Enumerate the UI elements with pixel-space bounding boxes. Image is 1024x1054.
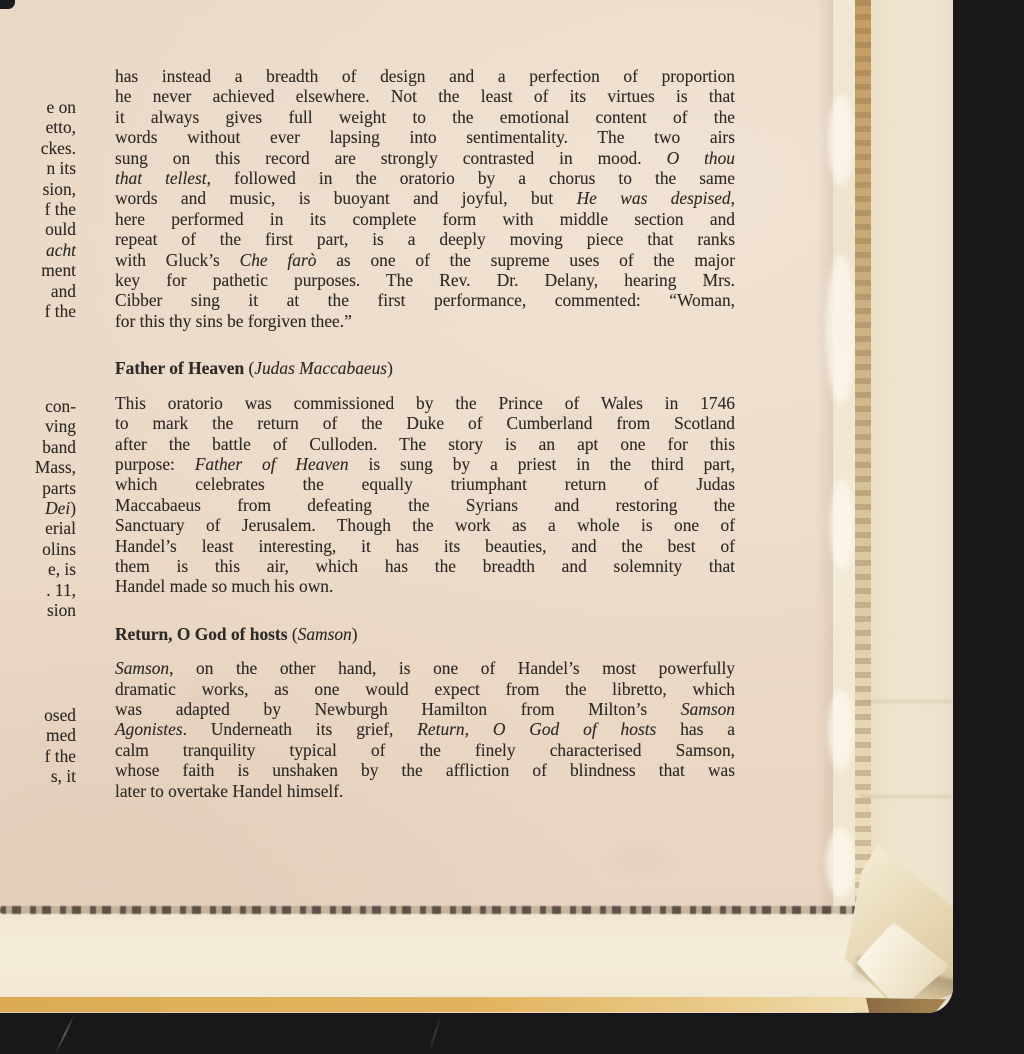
text-run: Handel made so much his own. [115,576,333,596]
text-run: calm tranquility typical of the finely c… [115,740,735,760]
scratch-mark [428,1015,442,1054]
text-run: , on the other hand, is one of Handel’s … [169,658,735,678]
text-run: as one of the supreme uses of the major [316,250,735,270]
text-run: , followed in the oratorio by a chorus t… [207,168,735,188]
bold-text: Return, O God of hosts [115,624,287,644]
text-line: words and music, is buoyant and joyful, … [115,188,735,208]
cut-text-line: s, it [0,766,76,786]
cut-text-line: f the [0,301,76,321]
cut-off-column-fragment: e onetto,ckes.n itssion,f theouldachtmen… [0,97,76,321]
text-run: repeat of the first part, is a deeply mo… [115,229,735,249]
text-run: This oratorio was commissioned by the Pr… [115,393,735,413]
text-run: has a [656,719,735,739]
text-run: dramatic works, as one would expect from… [115,679,735,699]
text-line: calm tranquility typical of the finely c… [115,740,735,760]
text-line: them is this air, which has the breadth … [115,556,735,576]
text-run: has instead a breadth of design and a pe… [115,66,735,86]
text-run: words and music, is buoyant and joyful, … [115,188,577,208]
italic-text: Che farò [240,250,317,270]
text-run: , [731,188,735,208]
text-run: Handel’s least interesting, it has its b… [115,536,735,556]
text-run: f the [45,746,76,766]
text-line: here performed in its complete form with… [115,209,735,229]
italic-text: O thou [667,148,735,168]
cut-text-line: Mass, [0,457,76,477]
crease-line [860,700,952,703]
text-run: n its [47,158,76,178]
text-run: ) [70,498,76,518]
text-run: sion, [43,179,76,199]
text-run: ment [41,260,76,280]
scuff-mark [828,690,854,770]
cut-text-line: etto, [0,117,76,137]
bottom-gold-stripe [0,997,941,1012]
text-line: that tellest, followed in the oratorio b… [115,168,735,188]
text-line: Handel’s least interesting, it has its b… [115,536,735,556]
scuff-mark [826,828,856,898]
cut-text-line: sion [0,600,76,620]
italic-text: Agonistes [115,719,183,739]
bold-text: Father of Heaven [115,358,244,378]
text-run: Mass, [35,457,76,477]
text-run: ) [387,358,393,378]
text-run: purpose: [115,454,195,474]
italic-text: Samson [298,624,352,644]
text-line: whose faith is unshaken by the afflictio… [115,760,735,780]
cut-off-column-fragment: con-vingbandMass,partsDei)erialolinse, i… [0,396,76,620]
cut-text-line: ving [0,416,76,436]
cut-text-line: parts [0,478,76,498]
paragraph: This oratorio was commissioned by the Pr… [115,393,735,597]
corner-wear-wedge [866,997,946,1013]
text-line: repeat of the first part, is a deeply mo… [115,229,735,249]
cut-text-line: band [0,437,76,457]
paragraph: has instead a breadth of design and a pe… [115,66,735,331]
text-run: e, is [48,559,76,579]
photo-of-record-sleeve-back: e onetto,ckes.n itssion,f theouldachtmen… [0,0,1024,1054]
cut-text-line: f the [0,199,76,219]
text-run: f the [45,199,76,219]
text-line: purpose: Father of Heaven is sung by a p… [115,454,735,474]
worn-fold-smudge [0,906,884,914]
cut-text-line: n its [0,158,76,178]
text-run: ( [287,624,297,644]
cut-text-line: and [0,281,76,301]
text-run: olins [42,539,76,559]
text-run: etto, [46,117,76,137]
text-run: s, it [51,766,76,786]
italic-text: Father of Heaven [195,454,349,474]
text-run: after the battle of Culloden. The story … [115,434,735,454]
text-run: ckes. [41,138,76,158]
text-run: it always gives full weight to the emoti… [115,107,735,127]
text-run: ) [352,624,358,644]
text-line: key for pathetic purposes. The Rev. Dr. … [115,270,735,290]
text-line: dramatic works, as one would expect from… [115,679,735,699]
text-run: here performed in its complete form with… [115,209,735,229]
text-run: f the [45,301,76,321]
sleeve-paper: e onetto,ckes.n itssion,f theouldachtmen… [0,0,953,1013]
italic-text: Return, O God of hosts [417,719,656,739]
text-run: was adapted by Newburgh Hamilton from Mi… [115,699,681,719]
cut-text-line: sion, [0,179,76,199]
song-section-heading: Father of Heaven (Judas Maccabaeus) [115,358,735,378]
text-run: Maccabaeus from defeating the Syrians an… [115,495,735,515]
text-line: to mark the return of the Duke of Cumber… [115,413,735,433]
text-run: Sanctuary of Jerusalem. Though the work … [115,515,735,535]
cut-text-line: med [0,725,76,745]
text-line: Samson, on the other hand, is one of Han… [115,658,735,678]
text-run: Cibber sing it at the first performance,… [115,290,735,310]
cut-text-line: osed [0,705,76,725]
cut-text-line: ment [0,260,76,280]
text-line: sung on this record are strongly contras… [115,148,735,168]
text-run: ving [45,416,76,436]
text-line: with Gluck’s Che farò as one of the supr… [115,250,735,270]
cut-text-line: ould [0,219,76,239]
text-run: he never achieved elsewhere. Not the lea… [115,86,735,106]
crease-line [860,795,952,798]
text-run: e on [47,97,76,117]
cut-text-line: con- [0,396,76,416]
text-line: Agonistes. Underneath its grief, Return,… [115,719,735,739]
text-line: he never achieved elsewhere. Not the lea… [115,86,735,106]
text-line: words without ever lapsing into sentimen… [115,127,735,147]
scuff-mark [828,95,854,185]
text-run: ( [244,358,254,378]
text-run: to mark the return of the Duke of Cumber… [115,413,735,433]
italic-text: acht [46,240,76,260]
italic-text: that tellest [115,168,207,188]
cut-text-line: Dei) [0,498,76,518]
text-line: was adapted by Newburgh Hamilton from Mi… [115,699,735,719]
text-run: words without ever lapsing into sentimen… [115,127,735,147]
text-run: for this thy sins be forgiven thee.” [115,311,352,331]
cut-off-column-fragment: osedmedf thes, it [0,705,76,787]
cut-text-line: . 11, [0,580,76,600]
text-run: and [51,281,76,301]
text-line: which celebrates the equally triumphant … [115,474,735,494]
text-line: Maccabaeus from defeating the Syrians an… [115,495,735,515]
text-run: parts [42,478,76,498]
text-run: is sung by a priest in the third part, [349,454,735,474]
text-run: erial [45,518,76,538]
text-run: key for pathetic purposes. The Rev. Dr. … [115,270,735,290]
song-section-heading: Return, O God of hosts (Samson) [115,624,735,644]
text-run: osed [44,705,76,725]
text-run: later to overtake Handel himself. [115,781,343,801]
text-run: sung on this record are strongly contras… [115,148,667,168]
italic-text: Dei [45,498,70,518]
cut-text-line: e on [0,97,76,117]
cut-text-line: f the [0,746,76,766]
text-line: Sanctuary of Jerusalem. Though the work … [115,515,735,535]
text-run: ould [45,219,76,239]
text-run: band [42,437,76,457]
text-line: has instead a breadth of design and a pe… [115,66,735,86]
cut-text-line: acht [0,240,76,260]
text-run: them is this air, which has the breadth … [115,556,735,576]
text-line: This oratorio was commissioned by the Pr… [115,393,735,413]
text-run: with Gluck’s [115,250,240,270]
paragraph: Samson, on the other hand, is one of Han… [115,658,735,801]
bottom-edge-band [0,913,953,999]
italic-text: Samson [681,699,735,719]
text-line: later to overtake Handel himself. [115,781,735,801]
text-run: sion [47,600,76,620]
text-line: Cibber sing it at the first performance,… [115,290,735,310]
text-run: whose faith is unshaken by the afflictio… [115,760,735,780]
italic-text: Samson [115,658,169,678]
cut-text-line: erial [0,518,76,538]
cut-text-line: ckes. [0,138,76,158]
scratch-mark [54,1014,75,1054]
text-run: . Underneath its grief, [183,719,418,739]
scuff-mark [830,480,854,570]
cut-text-line: e, is [0,559,76,579]
text-line: for this thy sins be forgiven thee.” [115,311,735,331]
text-run: . 11, [46,580,76,600]
text-line: Handel made so much his own. [115,576,735,596]
italic-text: Judas Maccabaeus [254,358,387,378]
italic-text: He was despised [577,188,731,208]
text-run: which celebrates the equally triumphant … [115,474,735,494]
liner-notes-column: has instead a breadth of design and a pe… [115,0,735,801]
text-line: it always gives full weight to the emoti… [115,107,735,127]
scuff-mark [826,255,856,405]
text-run: con- [45,396,76,416]
text-line: after the battle of Culloden. The story … [115,434,735,454]
text-run: med [46,725,76,745]
cut-text-line: olins [0,539,76,559]
